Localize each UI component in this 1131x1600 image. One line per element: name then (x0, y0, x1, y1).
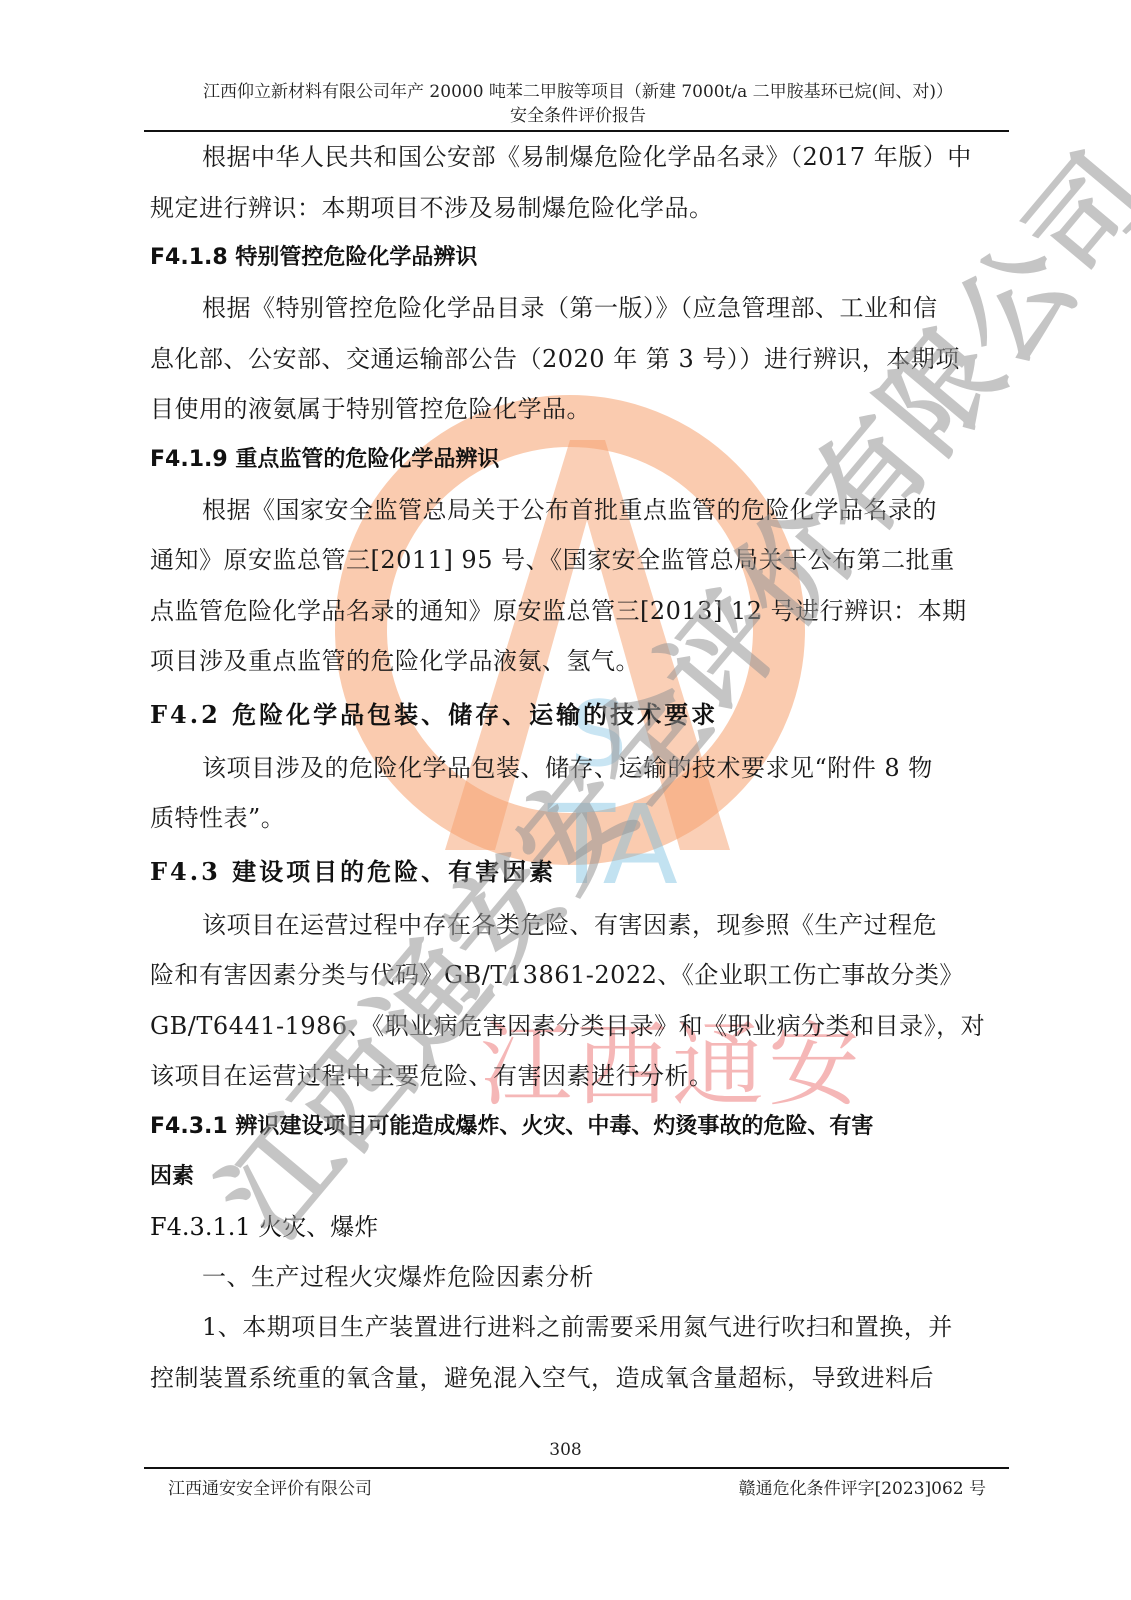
paragraph: 1、本期项目生产装置进行进料之前需要采用氮气进行吹扫和置换，并 (150, 1302, 1006, 1353)
section-heading-f4-1-8: F4.1.8 特别管控危险化学品辨识 (150, 233, 1006, 283)
document-page: 江西仰立新材料有限公司年产 20000 吨苯二甲胺等项目（新建 7000t/a … (0, 0, 1131, 1600)
paragraph: 根据中华人民共和国公安部《易制爆危险化学品名录》（2017 年版）中 (150, 132, 1006, 183)
paragraph: 控制装置系统重的氧含量，避免混入空气，造成氧含量超标，导致进料后 (150, 1353, 1006, 1404)
paragraph: 一、生产过程火灾爆炸危险因素分析 (150, 1252, 1006, 1303)
paragraph: 根据《特别管控危险化学品目录（第一版）》（应急管理部、工业和信 (150, 283, 1006, 334)
footer-company: 江西通安安全评价有限公司 (168, 1474, 372, 1499)
page-header: 江西仰立新材料有限公司年产 20000 吨苯二甲胺等项目（新建 7000t/a … (148, 80, 1008, 128)
paragraph: 规定进行辨识：本期项目不涉及易制爆危险化学品。 (150, 183, 1006, 234)
footer-doc-code: 赣通危化条件评字[2023]062 号 (739, 1474, 986, 1499)
page-number: 308 (0, 1440, 1131, 1460)
paragraph: 险和有害因素分类与代码》GB/T13861-2022、《企业职工伤亡事故分类》 (150, 950, 1006, 1001)
paragraph: GB/T6441-1986、《职业病危害因素分类目录》和《职业病分类和目录》，对 (150, 1001, 1006, 1052)
header-title-line1: 江西仰立新材料有限公司年产 20000 吨苯二甲胺等项目（新建 7000t/a … (148, 80, 1008, 104)
footer-divider (144, 1467, 1009, 1469)
header-title-line2: 安全条件评价报告 (148, 104, 1008, 128)
paragraph: 点监管危险化学品名录的通知》原安监总管三[2013] 12 号进行辨识：本期 (150, 586, 1006, 637)
paragraph: 项目涉及重点监管的危险化学品液氨、氢气。 (150, 636, 1006, 687)
